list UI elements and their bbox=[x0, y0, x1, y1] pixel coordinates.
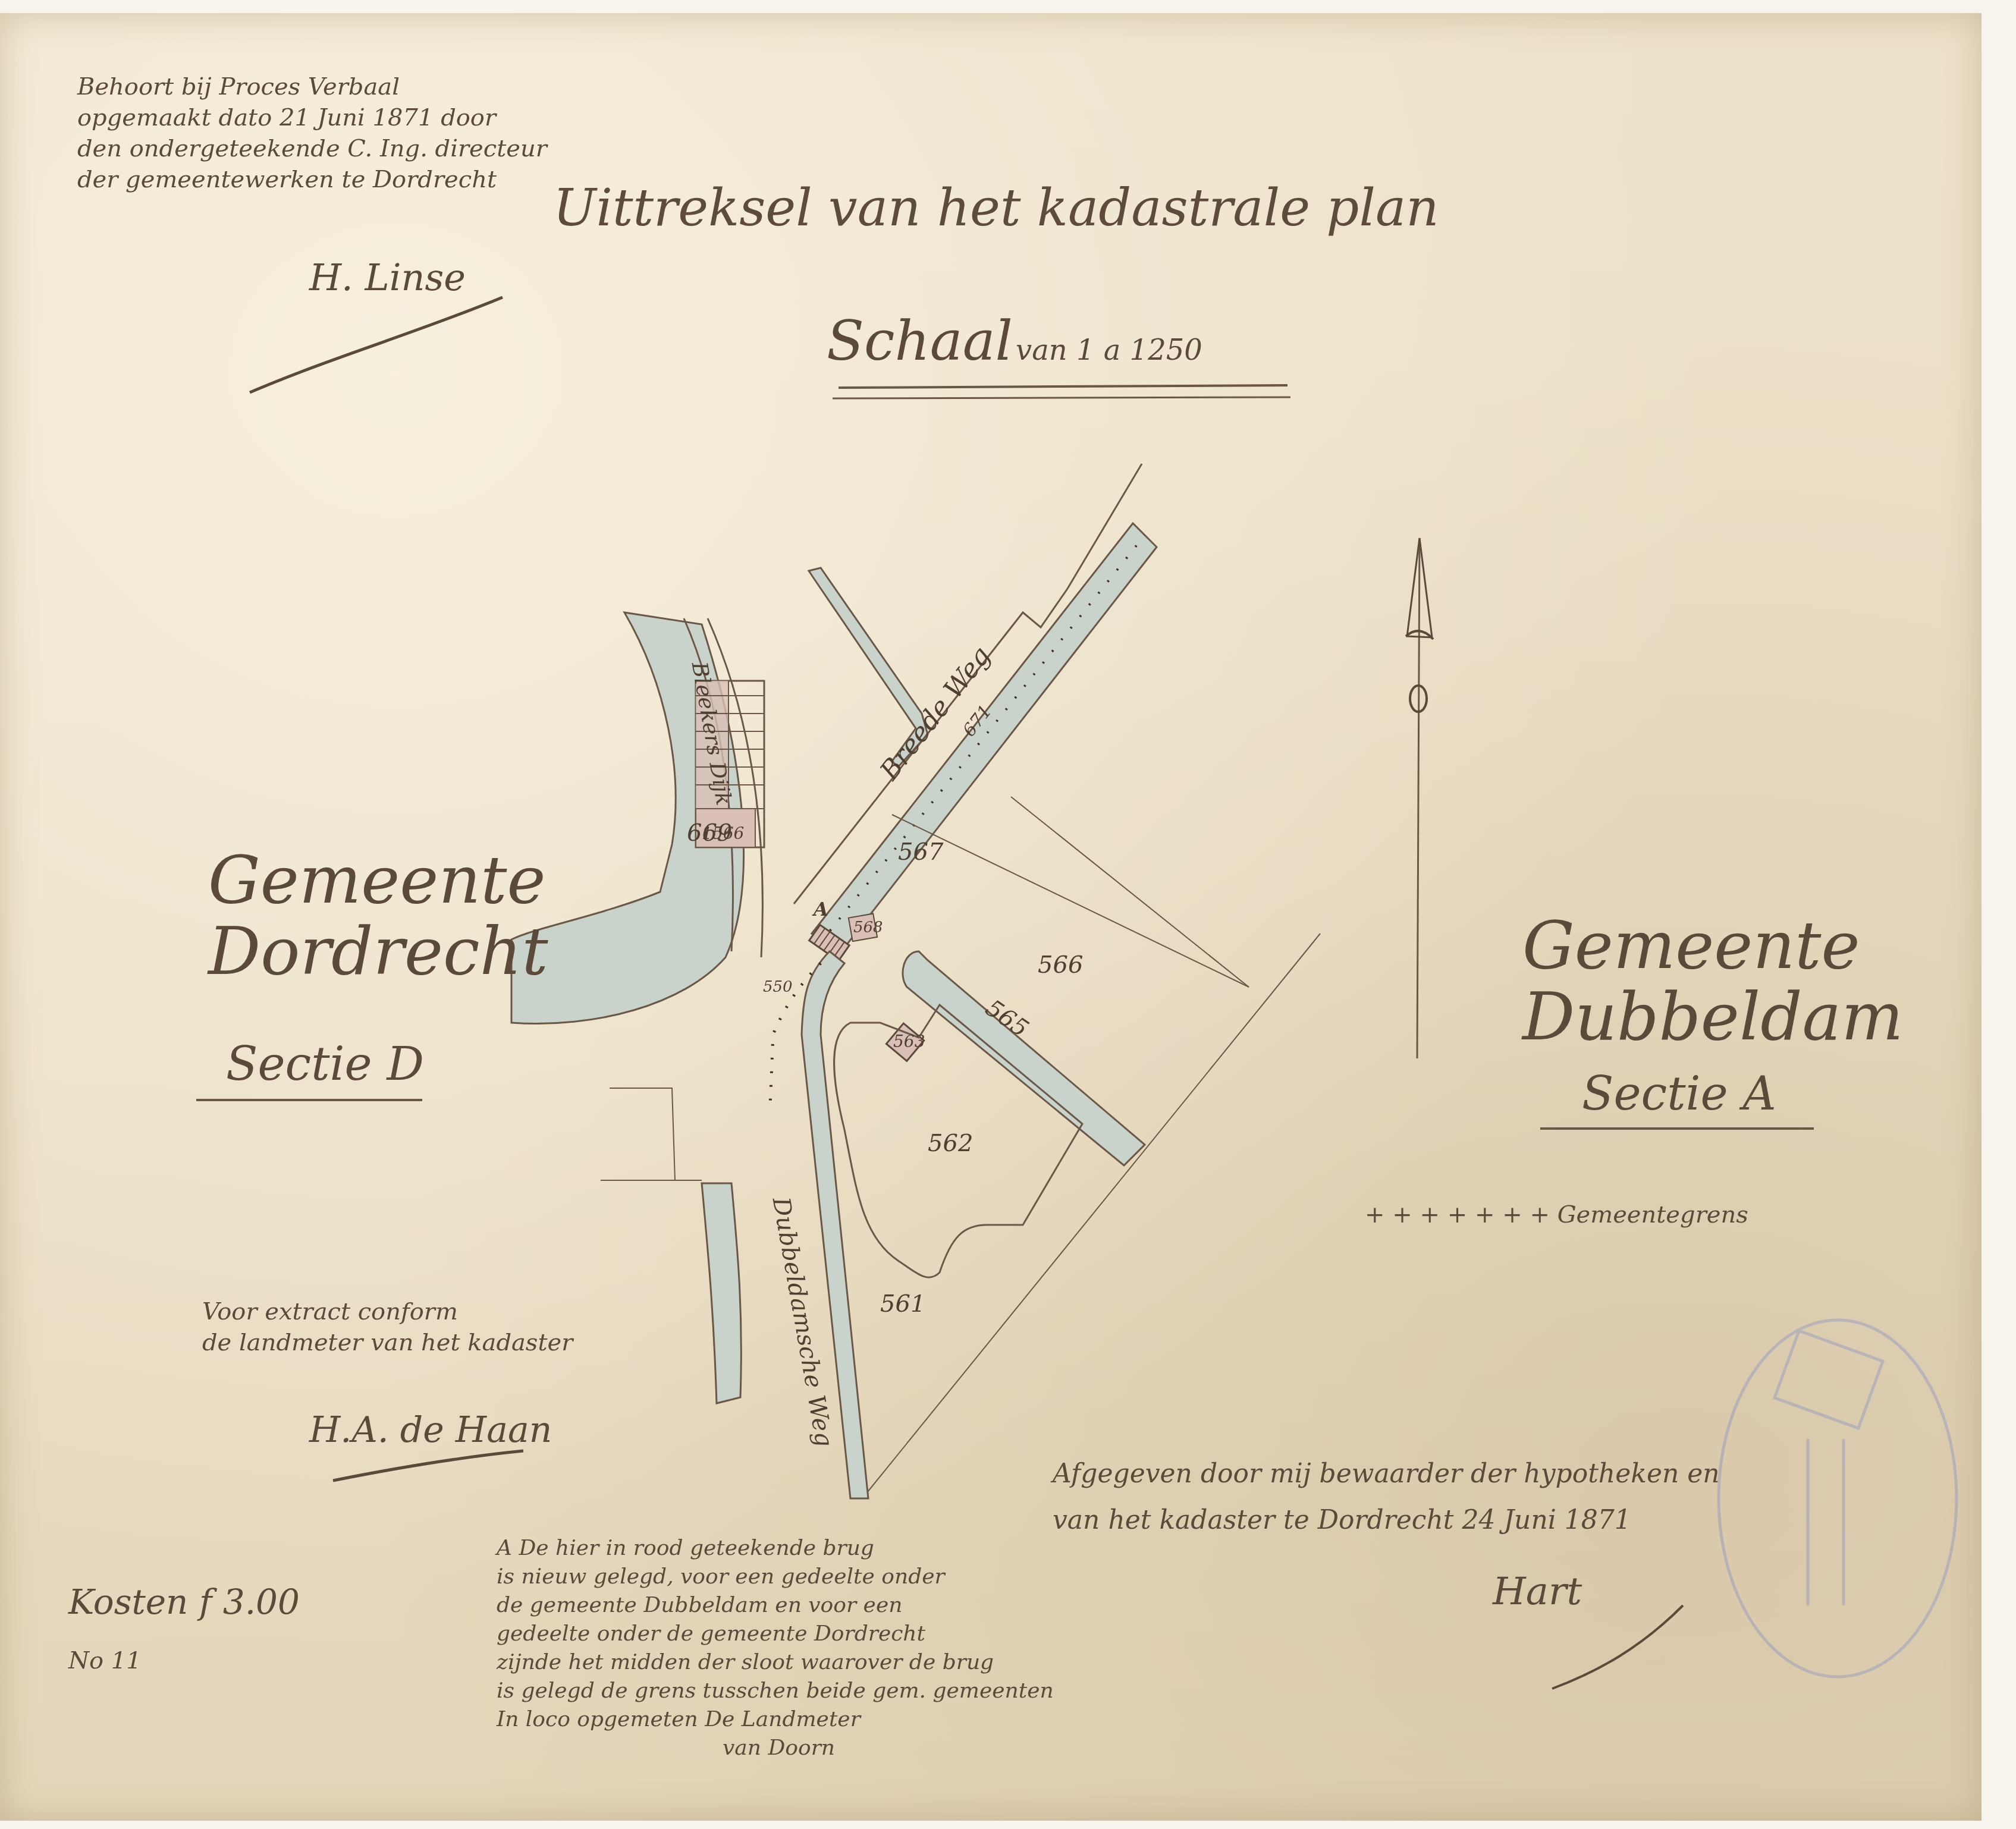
section-a-label: Sectie A bbox=[1582, 1067, 1776, 1121]
issued-by-note: Afgegeven door mij bewaarder der hypothe… bbox=[1053, 1451, 1720, 1544]
note-line: de landmeter van het kadaster bbox=[202, 1327, 573, 1358]
parcel-566: 566 bbox=[1038, 951, 1083, 979]
note-line: Behoort bij Proces Verbaal bbox=[77, 71, 547, 102]
proces-verbaal-note: Behoort bij Proces Verbaal opgemaakt dat… bbox=[77, 71, 547, 195]
signature-hart: Hart bbox=[1493, 1570, 1582, 1614]
note-line: is gelegd de grens tusschen beide gem. g… bbox=[497, 1677, 1054, 1705]
section-d-underline bbox=[196, 1099, 422, 1101]
note-line: van Doorn bbox=[497, 1734, 1054, 1762]
note-line: In loco opgemeten De Landmeter bbox=[497, 1705, 1054, 1734]
note-line: Afgegeven door mij bewaarder der hypothe… bbox=[1053, 1451, 1720, 1497]
scale-label: Schaal bbox=[827, 309, 1013, 373]
note-line: A De hier in rood geteekende brug bbox=[497, 1534, 1054, 1563]
section-a-underline bbox=[1540, 1127, 1814, 1130]
note-line: is nieuw gelegd, voor een gedeelte onder bbox=[497, 1563, 1054, 1591]
boundary-symbol: + + + + + + + bbox=[1365, 1201, 1550, 1228]
cost-note: Kosten f 3.00 bbox=[68, 1582, 300, 1622]
parcel-567: 567 bbox=[898, 838, 943, 866]
boundary-label: Gemeentegrens bbox=[1557, 1201, 1748, 1228]
parcel-561: 561 bbox=[880, 1290, 925, 1318]
municipality-dubbeldam: Gemeente Dubbeldam bbox=[1522, 910, 1903, 1052]
municipality-label: Gemeente bbox=[208, 844, 548, 916]
note-line: opgemaakt dato 21 Juni 1871 door bbox=[77, 102, 547, 133]
bridge-marker-a: A bbox=[814, 898, 828, 920]
note-line: Voor extract conform bbox=[202, 1296, 573, 1327]
parcel-562: 562 bbox=[928, 1130, 973, 1157]
note-line: de gemeente Dubbeldam en voor een bbox=[497, 1591, 1054, 1620]
municipality-name: Dordrecht bbox=[208, 916, 548, 987]
parcel-563: 563 bbox=[893, 1032, 925, 1051]
north-arrow-icon bbox=[1406, 538, 1433, 1058]
note-line: den ondergeteekende C. Ing. directeur bbox=[77, 133, 547, 164]
note-line: van het kadaster te Dordrecht 24 Juni 18… bbox=[1053, 1497, 1720, 1544]
map-title: Uittreksel van het kadastrale plan bbox=[553, 178, 1439, 238]
parcel-1566: 1566 bbox=[702, 824, 744, 843]
note-line: gedeelte onder de gemeente Dordrecht bbox=[497, 1620, 1054, 1648]
note-line: der gemeentewerken te Dordrecht bbox=[77, 164, 547, 195]
legend-boundary: + + + + + + + Gemeentegrens bbox=[1365, 1201, 1748, 1228]
municipality-label: Gemeente bbox=[1522, 910, 1903, 981]
parcel-550: 550 bbox=[763, 978, 793, 996]
signature-de-haan: H.A. de Haan bbox=[309, 1409, 552, 1451]
bridge-explanation-note: A De hier in rood geteekende brug is nie… bbox=[497, 1534, 1054, 1762]
parcel-568: 568 bbox=[853, 919, 883, 937]
document-number: No 11 bbox=[68, 1647, 142, 1674]
municipality-dordrecht: Gemeente Dordrecht bbox=[208, 844, 548, 987]
municipality-name: Dubbeldam bbox=[1522, 981, 1903, 1052]
signature-linse: H. Linse bbox=[309, 256, 466, 299]
extract-conform-note: Voor extract conform de landmeter van he… bbox=[202, 1296, 573, 1358]
section-d-label: Sectie D bbox=[226, 1038, 424, 1091]
scale-ratio: van 1 a 1250 bbox=[1016, 334, 1202, 367]
scale-statement: Schaal van 1 a 1250 bbox=[827, 309, 1202, 373]
note-line: zijnde het midden der sloot waarover de … bbox=[497, 1648, 1054, 1677]
